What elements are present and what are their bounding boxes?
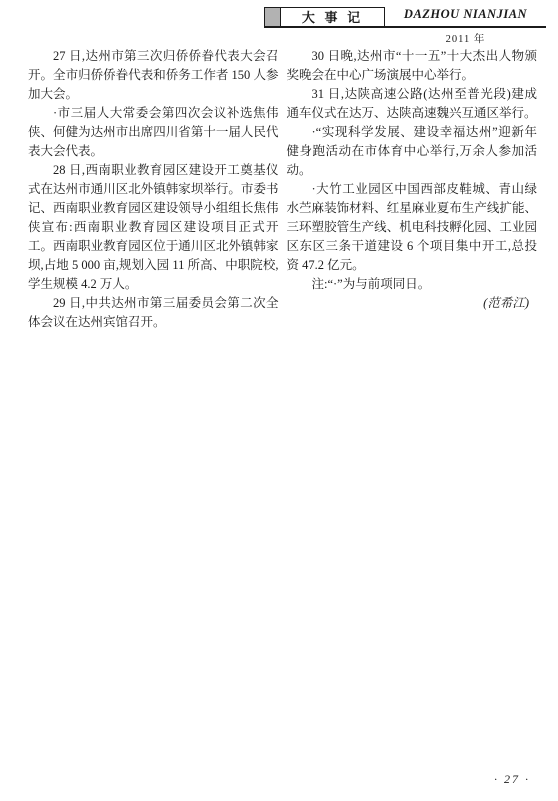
section-marker-square: [265, 8, 281, 26]
paragraph-31st-bullet-2: ·大竹工业园区中国西部皮鞋城、青山绿水苎麻装饰材料、红星麻业夏布生产线扩能、三环…: [287, 180, 538, 275]
paragraph-31st-bullet-1: ·“实现科学发展、建设幸福达州”迎新年健身跑活动在市体育中心举行,万余人参加活动…: [287, 123, 538, 180]
paragraph-27th-bullet: ·市三届人大常委会第四次会议补选焦伟侠、何健为达州市出席四川省第十一届人民代表大…: [28, 104, 279, 161]
editor-note: 注:“·”为与前项同日。: [287, 275, 538, 294]
page-header: 大 事 记 DAZHOU NIANJIAN 2011 年: [264, 5, 546, 46]
yearbook-page: 大 事 记 DAZHOU NIANJIAN 2011 年 27 日,达州市第三次…: [0, 0, 558, 801]
page-number: · 27 ·: [494, 772, 530, 787]
left-column: 27 日,达州市第三次归侨侨眷代表大会召开。全市归侨侨眷代表和侨务工作者 150…: [28, 47, 279, 332]
paragraph-30th: 30 日晚,达州市“十一五”十大杰出人物颁奖晚会在中心广场演展中心举行。: [287, 47, 538, 85]
book-title-area: DAZHOU NIANJIAN: [385, 5, 546, 26]
paragraph-28th: 28 日,西南职业教育园区建设开工奠基仪式在达州市通川区北外镇韩家坝举行。市委书…: [28, 161, 279, 294]
right-column: 30 日晚,达州市“十一五”十大杰出人物颁奖晚会在中心广场演展中心举行。 31 …: [287, 47, 538, 332]
book-year: 2011 年: [385, 28, 546, 46]
book-title: DAZHOU NIANJIAN: [404, 7, 527, 21]
section-title-box: 大 事 记: [264, 7, 385, 26]
paragraph-27th: 27 日,达州市第三次归侨侨眷代表大会召开。全市归侨侨眷代表和侨务工作者 150…: [28, 47, 279, 104]
paragraph-29th: 29 日,中共达州市第三届委员会第二次全体会议在达州宾馆召开。: [28, 294, 279, 332]
paragraph-31st: 31 日,达陕高速公路(达州至普光段)建成通车仪式在达万、达陕高速魏兴互通区举行…: [287, 85, 538, 123]
header-rule-row: 大 事 记 DAZHOU NIANJIAN: [264, 5, 546, 28]
author-signature: (范希江): [287, 294, 538, 313]
section-title: 大 事 记: [281, 11, 384, 24]
article-body: 27 日,达州市第三次归侨侨眷代表大会召开。全市归侨侨眷代表和侨务工作者 150…: [28, 47, 537, 332]
